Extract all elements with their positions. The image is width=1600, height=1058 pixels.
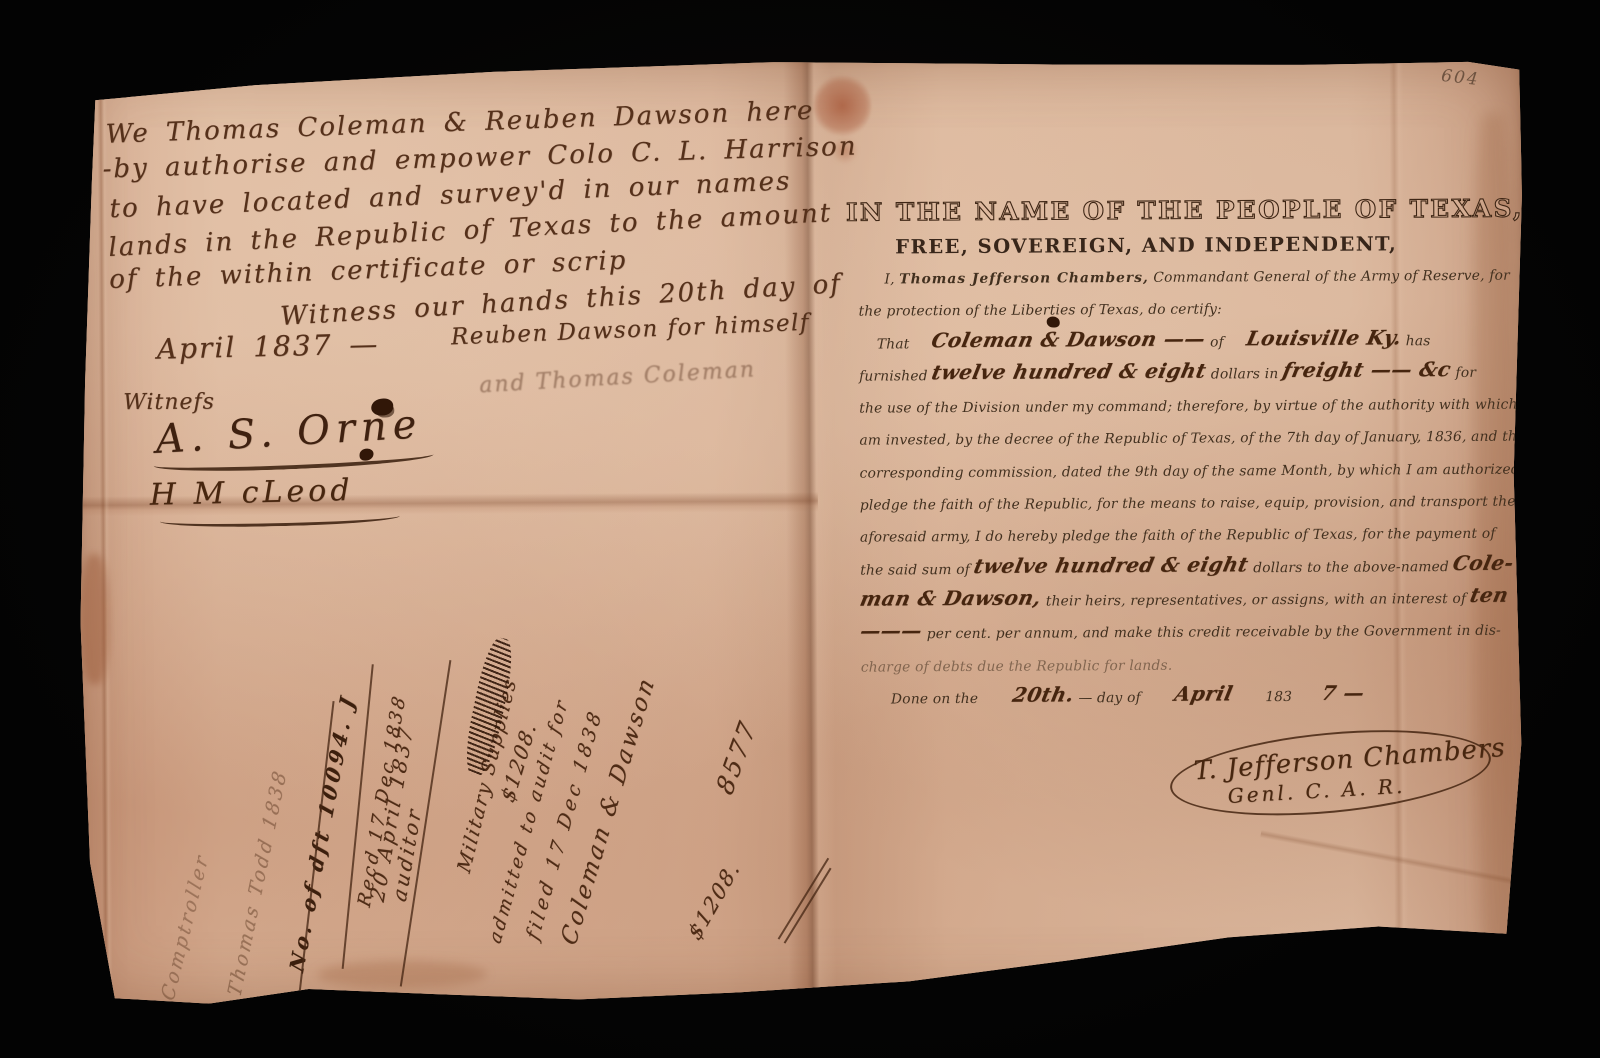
printed-text: of (1205, 334, 1228, 350)
printed-text: per cent. per annum, and make this credi… (922, 623, 1501, 643)
docket-underline (784, 868, 832, 944)
photograph-background: We Thomas Coleman & Reuben Dawson here-b… (0, 0, 1600, 1058)
document-paper: We Thomas Coleman & Reuben Dawson here-b… (73, 54, 1527, 1011)
docket-underline (778, 858, 830, 940)
form-line: pledge the faith of the Republic, for th… (860, 486, 1510, 522)
printed-text: Done on the (891, 691, 983, 708)
witness-signature-2: H M cLeod (149, 473, 353, 513)
form-line: man & Dawson, their heirs, representativ… (860, 583, 1510, 619)
printed-text: I, (884, 271, 899, 287)
printed-text: the protection of the Liberties of Texas… (859, 302, 1222, 320)
signature-thomas-coleman: and Thomas Coleman (479, 357, 757, 398)
form-line: the protection of the Liberties of Texas… (859, 292, 1509, 328)
printed-text: the use of the Division under my command… (859, 397, 1528, 417)
printed-text: That (877, 336, 914, 352)
docket-faint-note-2: Comptroller (157, 850, 213, 1004)
printed-text: — day of (1074, 690, 1146, 706)
witness-label: Witnefs (123, 390, 215, 416)
docket-file-number: 8577 (711, 715, 762, 800)
form-line: am invested, by the decree of the Republ… (859, 421, 1509, 457)
certificate-title-line-1: IN THE NAME OF THE PEOPLE OF TEXAS, (846, 194, 1446, 227)
certificate-title-line-2: FREE, SOVEREIGN, AND INDEPENDENT, (846, 232, 1446, 259)
certificate-body: I, Thomas Jefferson Chambers, Commandant… (858, 260, 1511, 716)
ink-blot (371, 398, 393, 415)
handwritten-fill-in: Cole- (1452, 552, 1517, 572)
printed-text: dollars in (1206, 366, 1283, 382)
printed-text: the said sum of (860, 562, 974, 579)
docket-faint-note-1: Thomas Todd 1838 (224, 766, 292, 1000)
handwritten-fill-in: Coleman & Dawson —— (912, 328, 1207, 350)
handwritten-fill-in: twelve hundred & eight (930, 360, 1208, 382)
handwritten-fill-in: 7 — (1290, 682, 1367, 702)
printed-text: dollars to the above-named (1249, 559, 1454, 576)
handwritten-fill-in: ——— (859, 621, 925, 641)
handwritten-fill-in: freight —— &c (1281, 359, 1453, 380)
form-line: corresponding commission, dated the 9th … (860, 453, 1510, 489)
pencil-corner-number: 604 (1440, 66, 1481, 90)
certificate-header: IN THE NAME OF THE PEOPLE OF TEXAS, FREE… (846, 194, 1446, 259)
handwritten-fill-in: twelve hundred & eight (973, 554, 1251, 576)
form-line: the use of the Division under my command… (859, 389, 1509, 425)
form-line: aforesaid army, I do hereby pledge the f… (860, 518, 1510, 554)
form-line: furnished twelve hundred & eight dollars… (859, 357, 1509, 393)
form-line: Done on the 20th. — day of April 1837 — (861, 680, 1511, 716)
form-line: charge of debts due the Republic for lan… (861, 647, 1511, 683)
printed-text: has (1401, 333, 1430, 349)
handwritten-fill-in: ten (1469, 585, 1511, 605)
printed-text: corresponding commission, dated the 9th … (860, 461, 1539, 481)
handwritten-fill-in: April (1143, 683, 1235, 704)
printed-text: for (1451, 365, 1476, 381)
form-line: That Coleman & Dawson —— of Louisville K… (859, 324, 1509, 360)
ink-blot (1047, 316, 1060, 327)
printed-text: charge of debts due the Republic for lan… (861, 657, 1173, 675)
printed-text: Commandant General of the Army of Reserv… (1149, 268, 1510, 286)
left-edge-stain (80, 554, 109, 684)
printed-text: aforesaid army, I do hereby pledge the f… (860, 526, 1496, 546)
form-line: I, Thomas Jefferson Chambers, Commandant… (858, 260, 1508, 296)
printed-text: their heirs, representatives, or assigns… (1041, 591, 1471, 610)
form-line: ——— per cent. per annum, and make this c… (861, 615, 1511, 651)
docket-draft-number: No. of dft 10094. J (285, 690, 360, 975)
handwritten-fill-in: man & Dawson, (858, 587, 1043, 608)
bottom-right-diagonal-crease (1260, 830, 1586, 899)
docket-amount-note: $1208. (683, 856, 744, 945)
printed-text: pledge the faith of the Republic, for th… (860, 494, 1516, 514)
printed-text: am invested, by the decree of the Republ… (859, 429, 1525, 449)
handwritten-fill-in: 20th. (981, 684, 1076, 705)
printed-text: furnished (859, 368, 932, 384)
handwritten-fill-in: Louisville Ky. (1226, 327, 1403, 348)
printed-text: Thomas Jefferson Chambers, (899, 270, 1149, 288)
printed-text: 183 (1233, 689, 1292, 705)
form-line: the said sum of twelve hundred & eight d… (860, 550, 1510, 586)
